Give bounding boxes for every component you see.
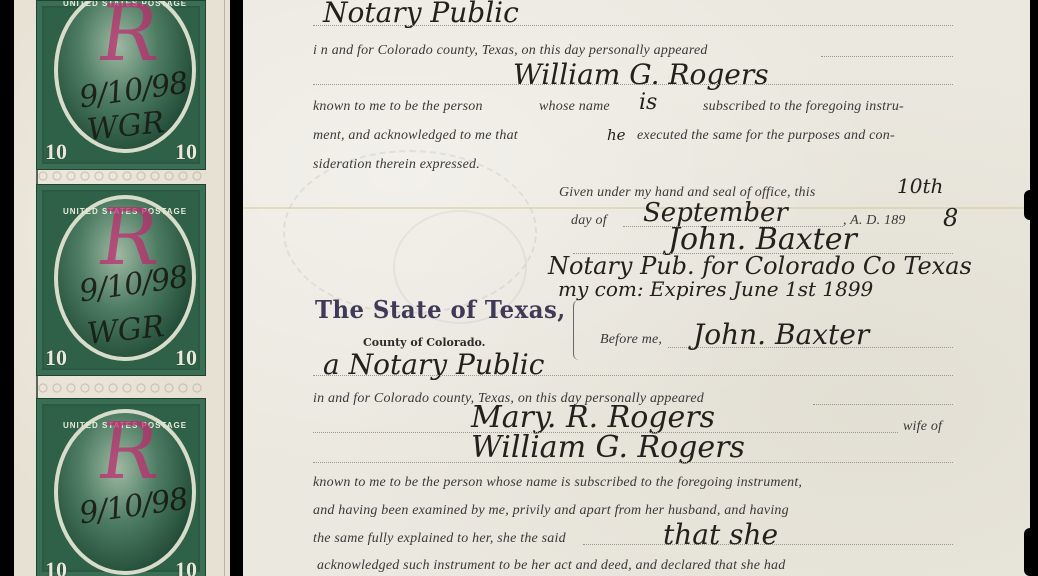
stamp-denomination-left: 10 — [45, 345, 67, 371]
dotted-rule — [813, 404, 953, 405]
officer-title-handwritten: a Notary Public — [323, 348, 544, 381]
postage-stamp-2: UNITED STATES POSTAGE 10 10 R 9/10/98 WG… — [36, 184, 206, 376]
that-she-handwritten: that she — [663, 518, 778, 551]
explained-line: the same fully explained to her, she the… — [313, 531, 566, 547]
state-heading: The State of Texas, — [315, 295, 566, 324]
commission-expiry-handwritten: my com: Expires June 1st 1899 — [558, 277, 873, 301]
paper-tear — [1024, 190, 1038, 220]
stamp-denomination-left: 10 — [45, 139, 67, 165]
dotted-rule — [313, 84, 953, 85]
postage-stamp-1: UNITED STATES POSTAGE 10 10 R 9/10/98 WG… — [36, 0, 206, 170]
notary-title-handwritten: Notary Pub. for Colorado Co Texas — [548, 252, 972, 280]
stamp-denomination-left: 10 — [45, 557, 67, 576]
stamp-denomination-right: 10 — [175, 139, 197, 165]
paper-tear — [1024, 528, 1038, 576]
known-line-a: known to me to be the person — [313, 99, 483, 115]
wife-of-label: wife of — [903, 419, 942, 435]
postage-stamp-3: UNITED STATES POSTAGE 10 10 R 9/10/98 — [36, 398, 206, 576]
known-line-c: subscribed to the foregoing instru- — [703, 99, 904, 115]
year-digit-handwritten: 8 — [943, 204, 958, 232]
perforation-row — [36, 382, 204, 394]
dotted-rule — [313, 25, 953, 26]
strip-right-rule — [224, 0, 225, 576]
stamp-denomination-right: 10 — [175, 557, 197, 576]
dotted-rule — [313, 462, 953, 463]
officer-name-handwritten: John. Baxter — [693, 318, 869, 351]
acknowledged-line: acknowledged such instrument to be her a… — [317, 558, 785, 574]
known-line-b: whose name — [539, 99, 610, 115]
bracket — [573, 300, 580, 360]
consideration-line: sideration therein expressed. — [313, 157, 480, 173]
ack-line-a: ment, and acknowledged to me that — [313, 128, 518, 144]
perforation-row — [36, 170, 204, 182]
appeared-line: i n and for Colorado county, Texas, on t… — [313, 43, 708, 59]
before-me-label: Before me, — [600, 332, 662, 348]
day-handwritten: 10th — [897, 174, 943, 198]
cancel-letter: R — [93, 407, 164, 497]
husband-name-handwritten: William G. Rogers — [471, 430, 745, 465]
person-name-handwritten: William G. Rogers — [513, 58, 769, 91]
paper-fold — [243, 207, 1030, 209]
dotted-rule — [313, 375, 953, 376]
he-handwritten: he — [607, 126, 626, 144]
examined-line: and having been examined by me, privily … — [313, 503, 789, 519]
day-of-label: day of — [571, 213, 607, 229]
known-line: known to me to be the person whose name … — [313, 475, 802, 491]
notarial-acknowledgment-document: Notary Public i n and for Colorado count… — [243, 0, 1030, 576]
ack-line-b: executed the same for the purposes and c… — [637, 128, 895, 144]
dotted-rule — [821, 56, 953, 57]
stamp-denomination-right: 10 — [175, 345, 197, 371]
is-handwritten: is — [639, 90, 657, 115]
